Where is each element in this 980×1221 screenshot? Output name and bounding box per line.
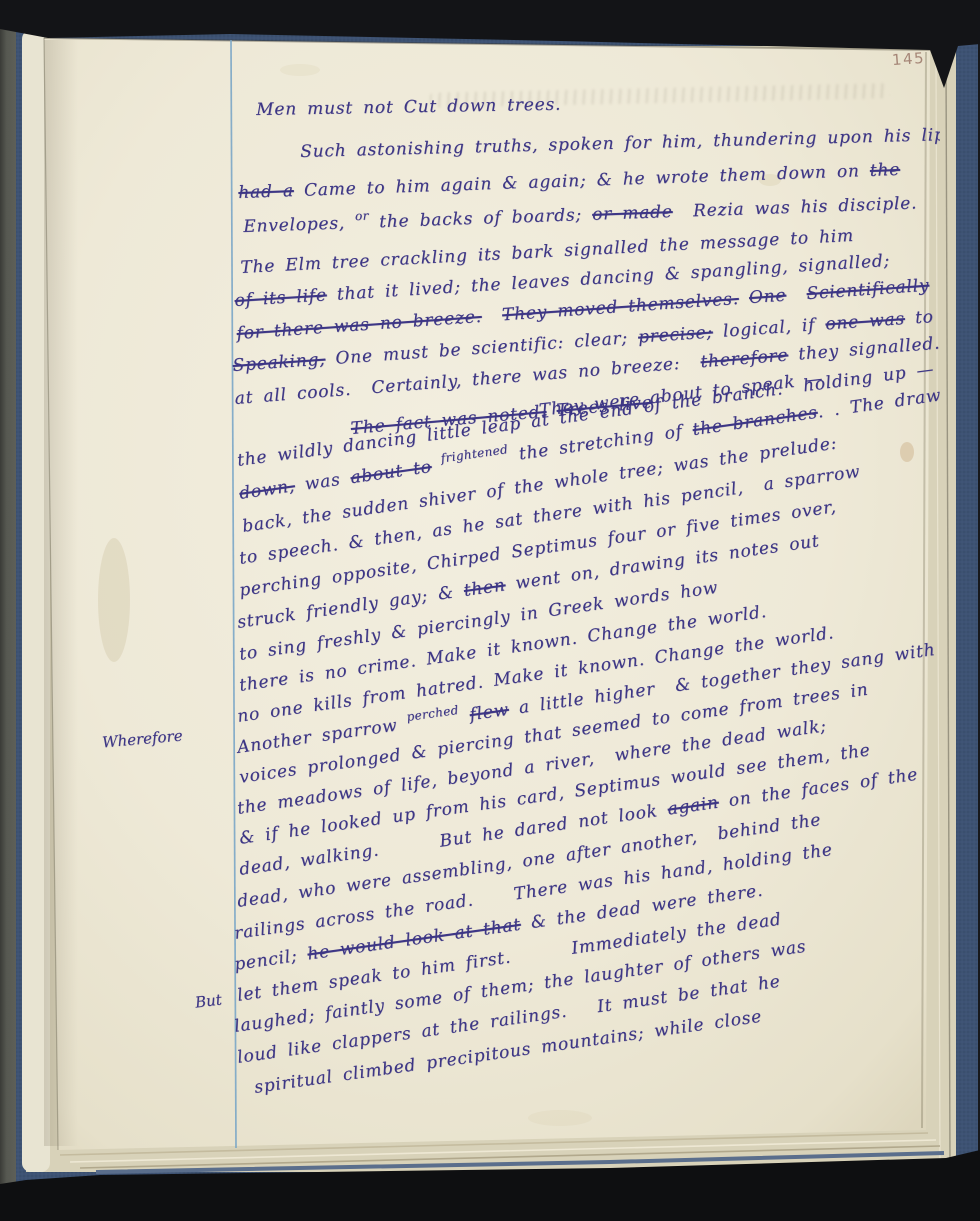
manuscript-line: Such astonishing truths, spoken for him,… — [300, 125, 940, 162]
ink-text: Men must not Cut down trees. — [256, 95, 561, 120]
ink-text — [786, 284, 808, 305]
ink-text: the backs of boards; — [369, 205, 593, 233]
ink-text: was — [293, 468, 351, 496]
struck-text: about to — [349, 457, 433, 488]
struck-text: the — [870, 160, 901, 181]
inserted-word: frightened — [440, 442, 509, 465]
struck-text: down, — [238, 476, 296, 504]
struck-text: one was — [825, 309, 906, 335]
struck-text: again — [666, 793, 720, 820]
ink-text: Rezia was his disciple. — [672, 193, 917, 222]
margin-note-wherefore: Wherefore — [101, 727, 183, 752]
struck-text: Speaking, — [232, 350, 326, 376]
struck-text: One — [748, 286, 787, 309]
ink-text — [481, 305, 503, 326]
page-number: 145 — [891, 49, 925, 69]
ink-text: pencil; — [233, 945, 309, 975]
struck-text: then — [463, 575, 507, 601]
struck-text: precise; — [637, 322, 713, 347]
manuscript-text-layer: 145 Wherefore But Men must not Cut down … — [40, 30, 940, 1155]
struck-text: flew — [468, 700, 510, 725]
struck-text: had a — [238, 181, 294, 203]
inserted-word: perched — [406, 703, 460, 724]
ink-text: Such astonishing truths, spoken for him,… — [300, 125, 940, 162]
manuscript-photo: 145 Wherefore But Men must not Cut down … — [0, 0, 980, 1221]
ink-text: Came to him again & again; & he wrote th… — [293, 161, 870, 201]
margin-note-but: But — [194, 990, 223, 1011]
struck-text: or made — [592, 202, 673, 225]
inserted-word: or — [355, 209, 369, 223]
ink-text: logical, if — [712, 315, 826, 343]
ink-text: to — [904, 307, 934, 329]
struck-text: Scientifically — [806, 276, 930, 305]
struck-text: They moved themselves. — [501, 289, 739, 326]
ink-text: Envelopes, — [243, 213, 356, 237]
struck-text: of its life — [234, 285, 327, 311]
struck-text: therefore — [700, 345, 789, 372]
struck-text: for there was no breeze. — [236, 307, 482, 344]
manuscript-line: Men must not Cut down trees. — [256, 95, 561, 120]
